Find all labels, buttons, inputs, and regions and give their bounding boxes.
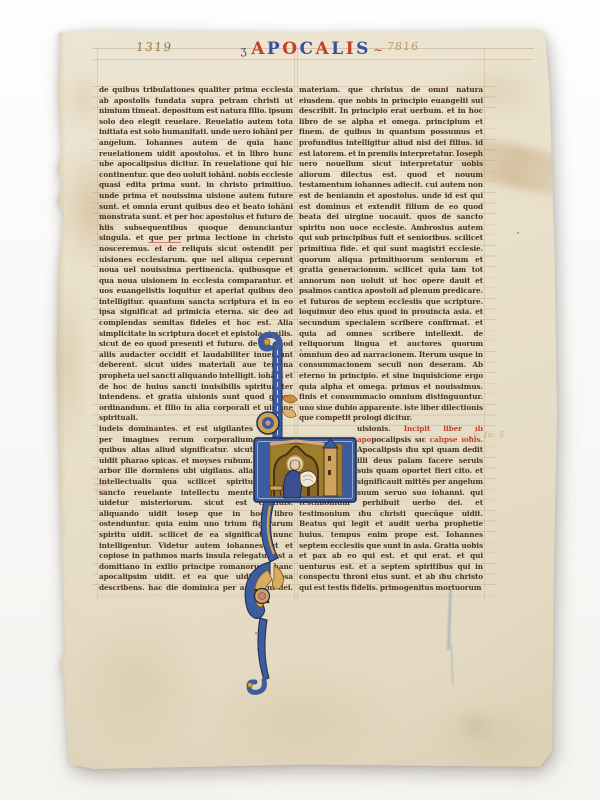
manuscript-leaf: 1319 ʒAPOCALIS∼ 7816 de quibus tribulati… [54, 29, 557, 769]
commentary-text: pocalipsis sıc [371, 435, 429, 444]
manuscript-leaf-wrap: 1319 ʒAPOCALIS∼ 7816 de quibus tribulati… [54, 29, 557, 769]
header-rule [92, 59, 534, 60]
stain [432, 701, 547, 771]
folio-number-left: 1319 [135, 40, 173, 54]
historiated-initial-A [240, 330, 364, 702]
ink-dot [517, 232, 519, 234]
title-letter: L [331, 39, 345, 59]
running-title: ʒAPOCALIS∼ [238, 39, 388, 59]
column-rule [484, 48, 485, 600]
title-letter: A [251, 39, 267, 59]
column-rule [97, 48, 98, 600]
title-flourish-left: ʒ [240, 44, 249, 57]
title-letter: C [300, 39, 316, 59]
leaf-edge-shading [54, 29, 66, 769]
title-letter: A [316, 39, 332, 59]
folio-number-right: 7816 [386, 40, 419, 53]
title-letter: P [267, 39, 282, 59]
commentary-text: uisionis. [357, 424, 404, 433]
title-letter: I [346, 39, 356, 59]
title-flourish-right: ∼ [373, 43, 386, 57]
photo-background: 1319 ʒAPOCALIS∼ 7816 de quibus tribulati… [0, 0, 600, 800]
stain [454, 709, 496, 741]
title-letter: S [356, 39, 371, 59]
red-underline-mark [148, 242, 181, 243]
red-margin-note: ~sic~~no~ [94, 481, 113, 496]
title-letter: O [282, 39, 299, 59]
faded-margin-note: ỹ· fō· 5 [473, 431, 505, 439]
stain [74, 604, 204, 754]
offset-pigment-mark [450, 644, 453, 684]
